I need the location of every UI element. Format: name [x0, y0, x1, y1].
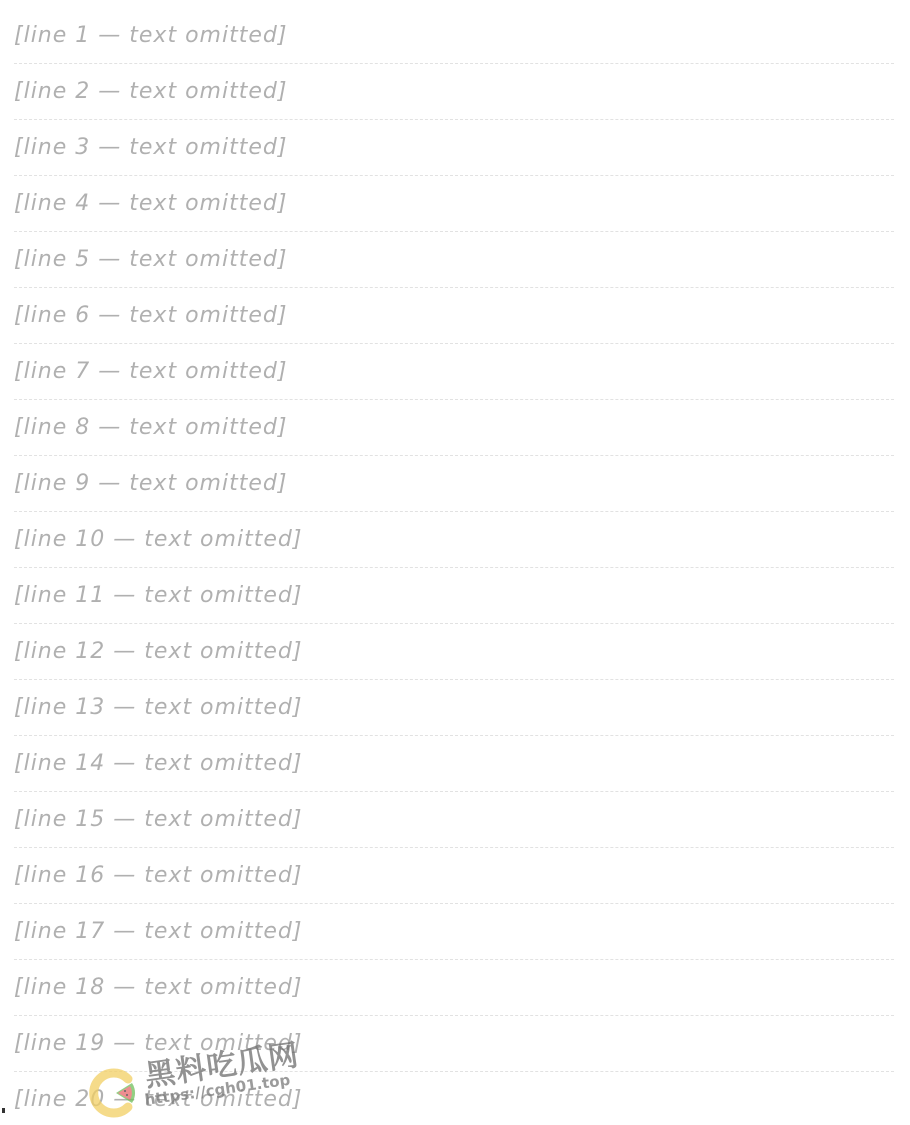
text-line: [line 16 — text omitted]	[14, 848, 894, 904]
text-line: [line 13 — text omitted]	[14, 680, 894, 736]
text-line: [line 11 — text omitted]	[14, 568, 894, 624]
watermelon-c-logo-icon	[88, 1067, 140, 1119]
text-line: [line 10 — text omitted]	[14, 512, 894, 568]
text-line: [line 5 — text omitted]	[14, 232, 894, 288]
text-line: [line 7 — text omitted]	[14, 344, 894, 400]
text-line: [line 15 — text omitted]	[14, 792, 894, 848]
text-line: [line 3 — text omitted]	[14, 120, 894, 176]
text-line: [line 9 — text omitted]	[14, 456, 894, 512]
text-line: [line 4 — text omitted]	[14, 176, 894, 232]
text-line: [line 1 — text omitted]	[14, 8, 894, 64]
text-line: [line 14 — text omitted]	[14, 736, 894, 792]
text-line: [line 8 — text omitted]	[14, 400, 894, 456]
text-line: [line 6 — text omitted]	[14, 288, 894, 344]
stray-mark	[2, 1108, 5, 1113]
document-body: [line 1 — text omitted] [line 2 — text o…	[14, 8, 894, 1125]
text-line: [line 2 — text omitted]	[14, 64, 894, 120]
text-line: [line 17 — text omitted]	[14, 904, 894, 960]
watermark: 黑料吃瓜网 https://cgh01.top	[80, 1045, 310, 1125]
text-line: [line 18 — text omitted]	[14, 960, 894, 1016]
text-line: [line 12 — text omitted]	[14, 624, 894, 680]
